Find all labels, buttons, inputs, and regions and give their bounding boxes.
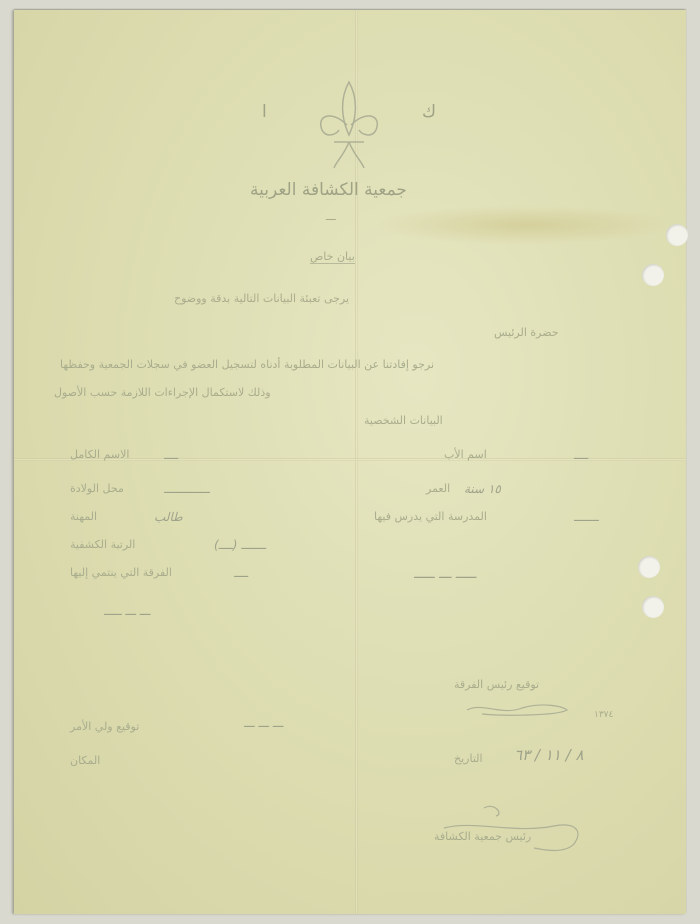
year: ١٣٧٤ xyxy=(594,710,613,720)
field-label: المدرسة التي يدرس فيها xyxy=(374,510,487,523)
organization-name: جمعية الكشافة العربية xyxy=(250,180,407,200)
date-label: التاريخ xyxy=(454,752,483,765)
punch-hole xyxy=(638,556,660,578)
field-label: العمر xyxy=(426,482,450,495)
chief-label: رئيس جمعية الكشافة xyxy=(434,830,531,843)
subject-line: بيان خاص xyxy=(310,250,355,264)
parent-value: ـــ ـــ ـــ xyxy=(244,716,283,730)
salutation: حضرة الرئيس xyxy=(494,326,559,339)
header-right-letter: ك xyxy=(422,102,436,122)
header-subline: ـــ xyxy=(326,210,336,223)
water-stain xyxy=(374,205,674,245)
field-label: اسم الأب xyxy=(444,448,487,461)
header-left-letter: ا xyxy=(262,102,267,122)
field-label: محل الولادة xyxy=(70,482,124,495)
field-value: ـــــــــــــ xyxy=(164,482,210,496)
field-label: المهنة xyxy=(70,510,97,523)
extra-line: ـــ ـــ ـــــ xyxy=(104,604,150,618)
punch-hole xyxy=(642,596,664,618)
approver-signature-icon xyxy=(462,700,572,720)
approver-label: توقيع رئيس الفرقة xyxy=(454,678,539,691)
field-value: ــــ xyxy=(234,566,248,580)
document-page: ا ك جمعية الكشافة العربية ـــ بيان خاص ي… xyxy=(14,10,686,914)
date-value: ٨ / ١١ / ٦٣ xyxy=(514,746,584,764)
field-value: ـــــ ـــ ـــــ xyxy=(414,566,476,582)
fleur-de-lis-icon xyxy=(314,80,384,175)
field-label: الرتبة الكشفية xyxy=(70,538,135,551)
section-label: البيانات الشخصية xyxy=(364,414,443,427)
punch-hole xyxy=(666,224,688,246)
place-label: المكان xyxy=(70,754,100,767)
field-value: طالب xyxy=(154,510,183,524)
body-line: وذلك لاستكمال الإجراءات اللازمة حسب الأص… xyxy=(54,386,271,399)
field-value: ١٥ سنة xyxy=(464,482,501,496)
parent-label: توقيع ولي الأمر xyxy=(70,720,139,733)
field-value: ــــ xyxy=(164,448,178,462)
field-value: ـــــــ xyxy=(574,510,599,524)
punch-hole xyxy=(642,264,664,286)
field-label: الفرقة التي ينتمي إليها xyxy=(70,566,172,579)
intro-line: يرجى تعبئة البيانات التالية بدقة ووضوح xyxy=(174,292,349,305)
field-value: ـــــــ (ــــ) xyxy=(214,538,266,552)
field-label: الاسم الكامل xyxy=(70,448,129,461)
field-value: ــــ xyxy=(574,448,588,462)
body-line: نرجو إفادتنا عن البيانات المطلوبة أدناه … xyxy=(60,358,434,371)
